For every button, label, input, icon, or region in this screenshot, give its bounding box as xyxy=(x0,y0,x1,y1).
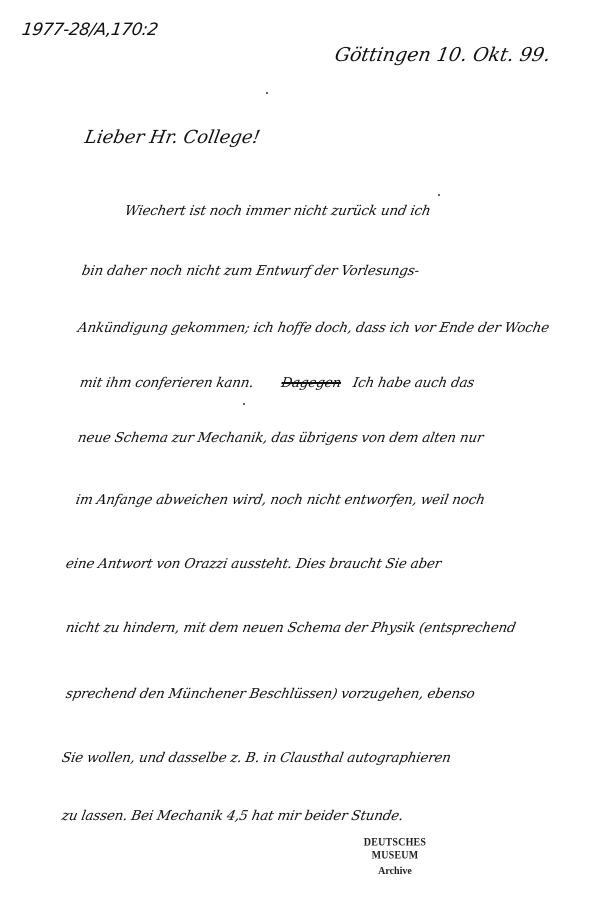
stamp-title: DEUTSCHES MUSEUM xyxy=(340,836,450,862)
archive-number: 1977-28/A,170:2 xyxy=(21,20,159,40)
salutation: Lieber Hr. College! xyxy=(83,127,262,148)
body-line-4-continuation: Ich habe auch das xyxy=(352,375,476,391)
body-line-4-text: mit ihm conferieren kann. xyxy=(79,375,255,391)
body-line-5: neue Schema zur Mechanik, das übrigens v… xyxy=(77,430,485,446)
ink-speck xyxy=(243,403,245,405)
stamp-subtitle: Archive xyxy=(340,866,450,877)
body-line-8: nicht zu hindern, mit dem neuen Schema d… xyxy=(65,620,517,636)
body-line-3: Ankündigung gekommen; ich hoffe doch, da… xyxy=(77,320,551,336)
place-date: Göttingen 10. Okt. 99. xyxy=(333,44,552,66)
body-line-1: Wiechert ist noch immer nicht zurück und… xyxy=(124,203,432,219)
ink-speck xyxy=(438,194,440,196)
body-line-4: mit ihm conferieren kann. Dagegen Ich ha… xyxy=(79,375,476,391)
body-line-9: sprechend den Münchener Beschlüssen) vor… xyxy=(65,686,476,702)
body-line-6: im Anfange abweichen wird, noch nicht en… xyxy=(75,492,486,508)
letter-page: 1977-28/A,170:2 Göttingen 10. Okt. 99. L… xyxy=(0,0,598,920)
struck-word: Dagegen xyxy=(280,375,342,391)
body-line-10: Sie wollen, und dasselbe z. B. in Claust… xyxy=(61,750,453,766)
ink-speck xyxy=(266,92,268,94)
body-line-11: zu lassen. Bei Mechanik 4,5 hat mir beid… xyxy=(61,808,405,824)
body-line-7: eine Antwort von Orazzi aussteht. Dies b… xyxy=(65,556,443,572)
archive-stamp: DEUTSCHES MUSEUM Archive xyxy=(340,838,450,877)
body-line-2: bin daher noch nicht zum Entwurf der Vor… xyxy=(81,263,421,279)
